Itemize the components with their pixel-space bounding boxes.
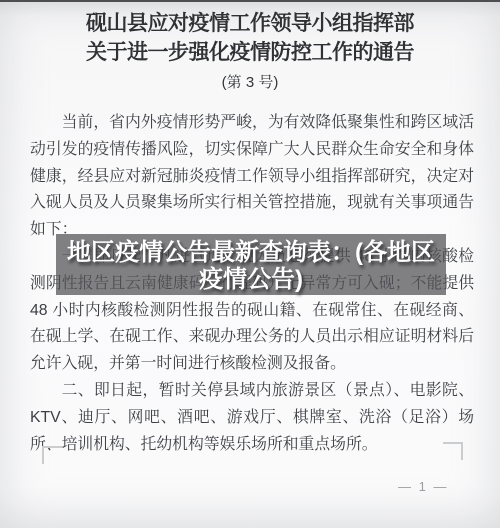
page-top-edge: [0, 0, 500, 2]
doc-title-line-1: 砚山县应对疫情工作领导小组指挥部: [86, 12, 414, 35]
paragraph: 二、即日起，暂时关停县域内旅游景区（景点）、电影院、KTV、迪厅、网吧、酒吧、游…: [30, 378, 474, 458]
doc-title-line-2: 关于进一步强化疫情防控工作的通告: [86, 41, 414, 64]
overlay-banner[interactable]: 地区疫情公告最新查询表：(各地区疫情公告): [56, 234, 446, 295]
page-number: — 1 —: [398, 479, 448, 494]
document-page: 砚山县应对疫情工作领导小组指挥部 关于进一步强化疫情防控工作的通告 (第 3 号…: [0, 0, 500, 528]
doc-title: 砚山县应对疫情工作领导小组指挥部 关于进一步强化疫情防控工作的通告: [0, 9, 500, 67]
paragraph: 当前，省内外疫情形势严峻，为有效降低聚集性和跨区域活动引发的疫情传播风险，切实保…: [30, 110, 474, 244]
overlay-banner-text: 地区疫情公告最新查询表：(各地区疫情公告): [67, 239, 435, 293]
doc-number: (第 3 号): [0, 71, 500, 92]
corner-mark-right: [443, 442, 463, 460]
corner-mark-left: [42, 446, 62, 464]
